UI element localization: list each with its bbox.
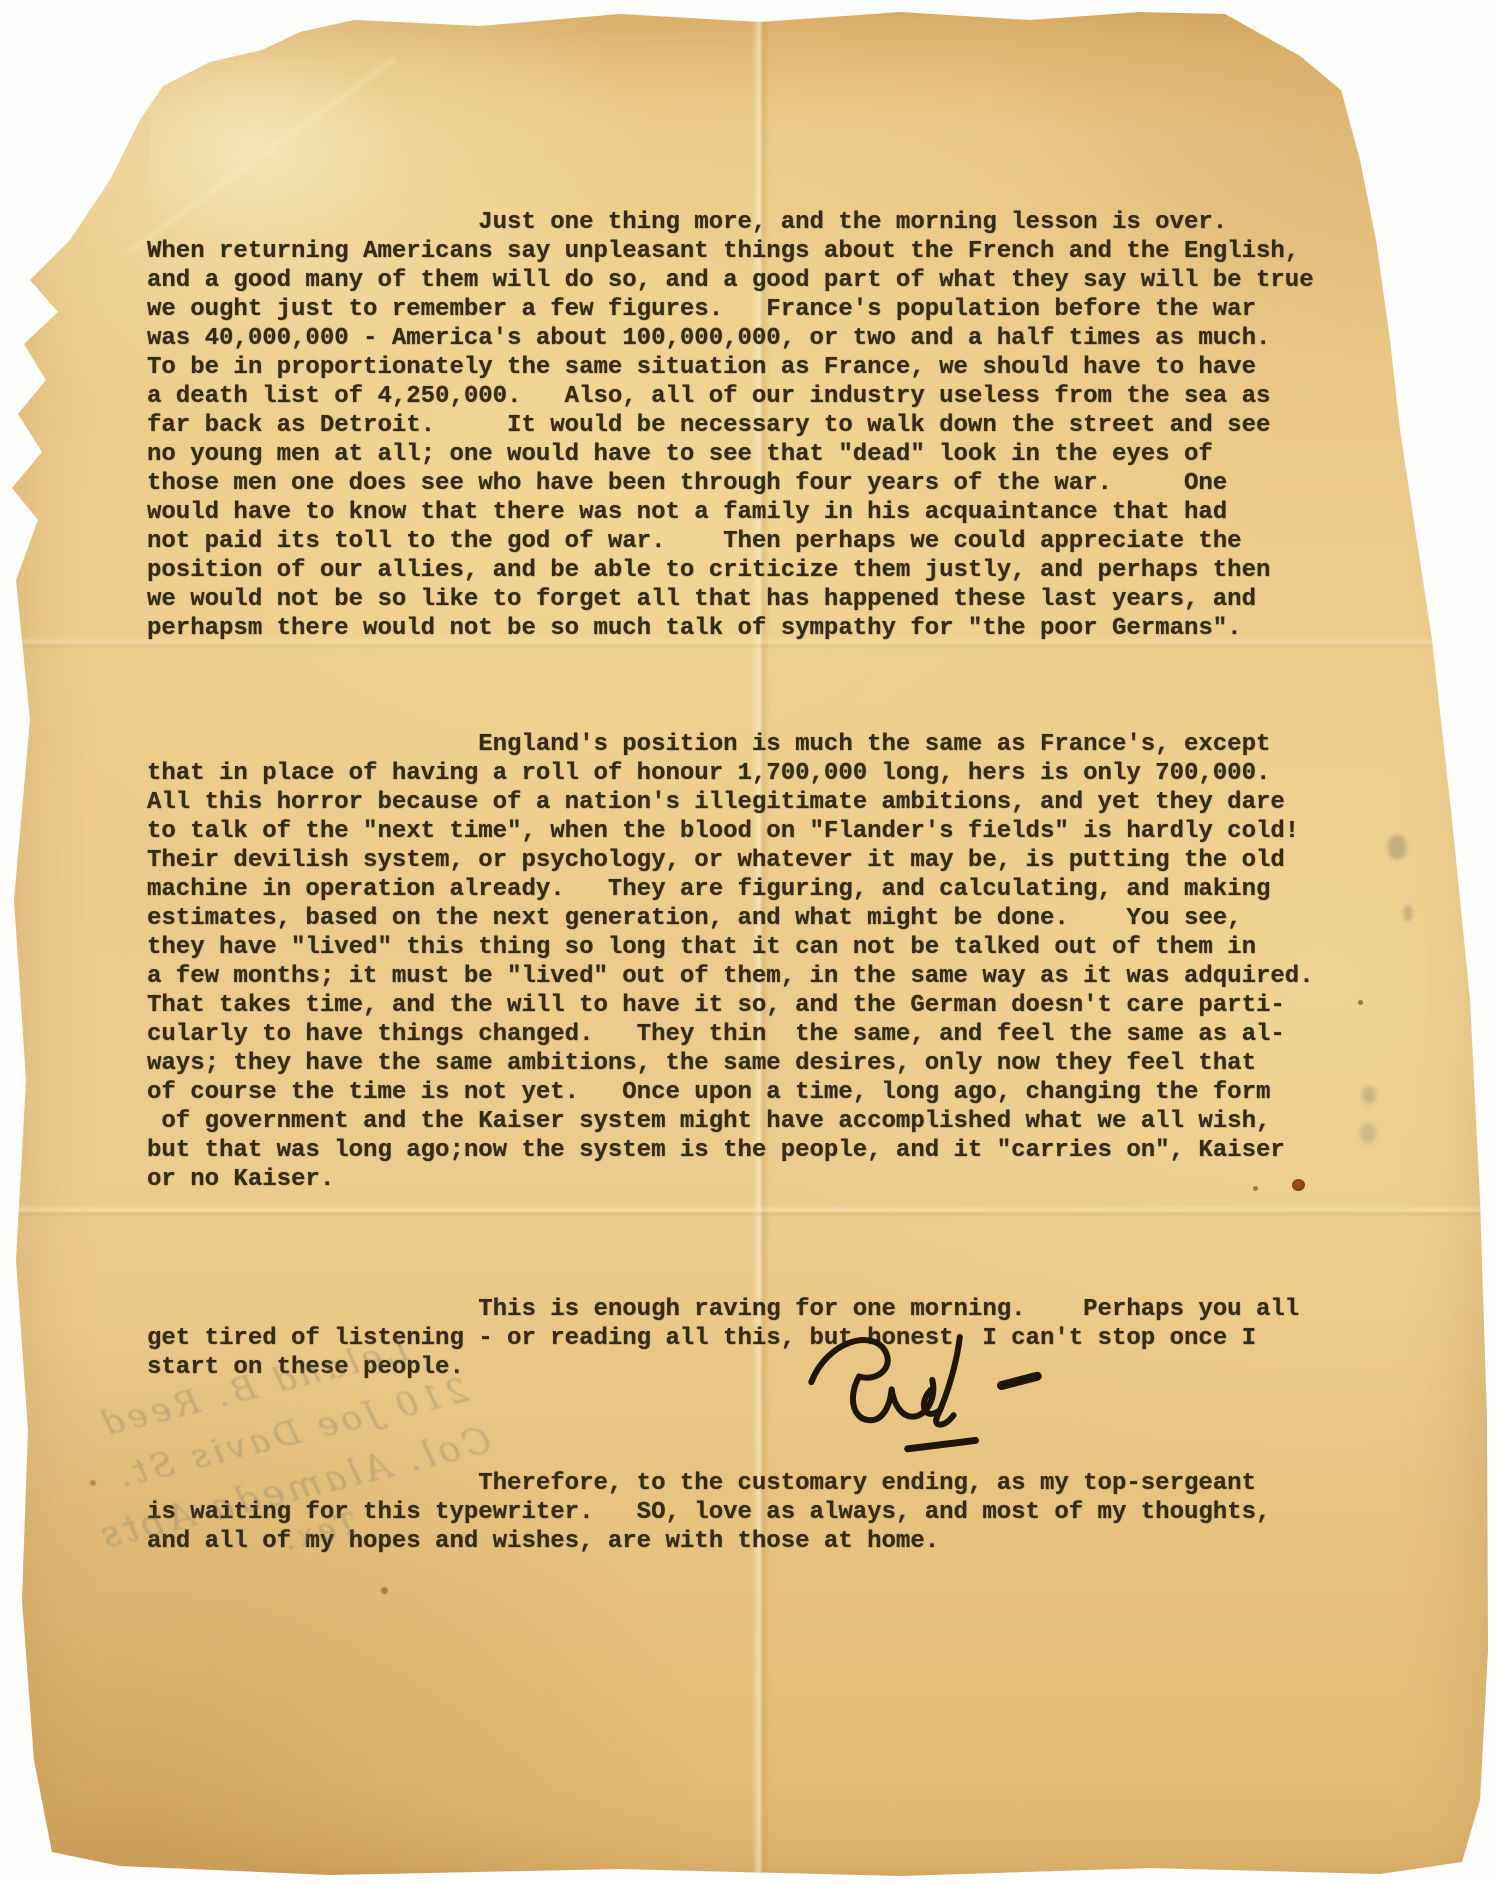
- signature-underline: [907, 1440, 975, 1448]
- signature-block: Ted: [788, 1325, 1073, 1475]
- letter-paper: Just one thing more, and the morning les…: [0, 0, 1500, 1883]
- pencil-smudge: [1360, 1122, 1376, 1144]
- pencil-smudge: [1362, 1086, 1376, 1104]
- scanned-letter-page: Just one thing more, and the morning les…: [0, 0, 1500, 1883]
- pencil-smudge: [1403, 905, 1413, 921]
- paragraph-england: England's position is much the same as F…: [147, 730, 1362, 1194]
- signature-ted-icon: [788, 1325, 1073, 1475]
- paragraph-lesson: Just one thing more, and the morning les…: [147, 208, 1362, 643]
- pencil-smudge: [1388, 835, 1406, 859]
- signature-dash: [1001, 1376, 1037, 1385]
